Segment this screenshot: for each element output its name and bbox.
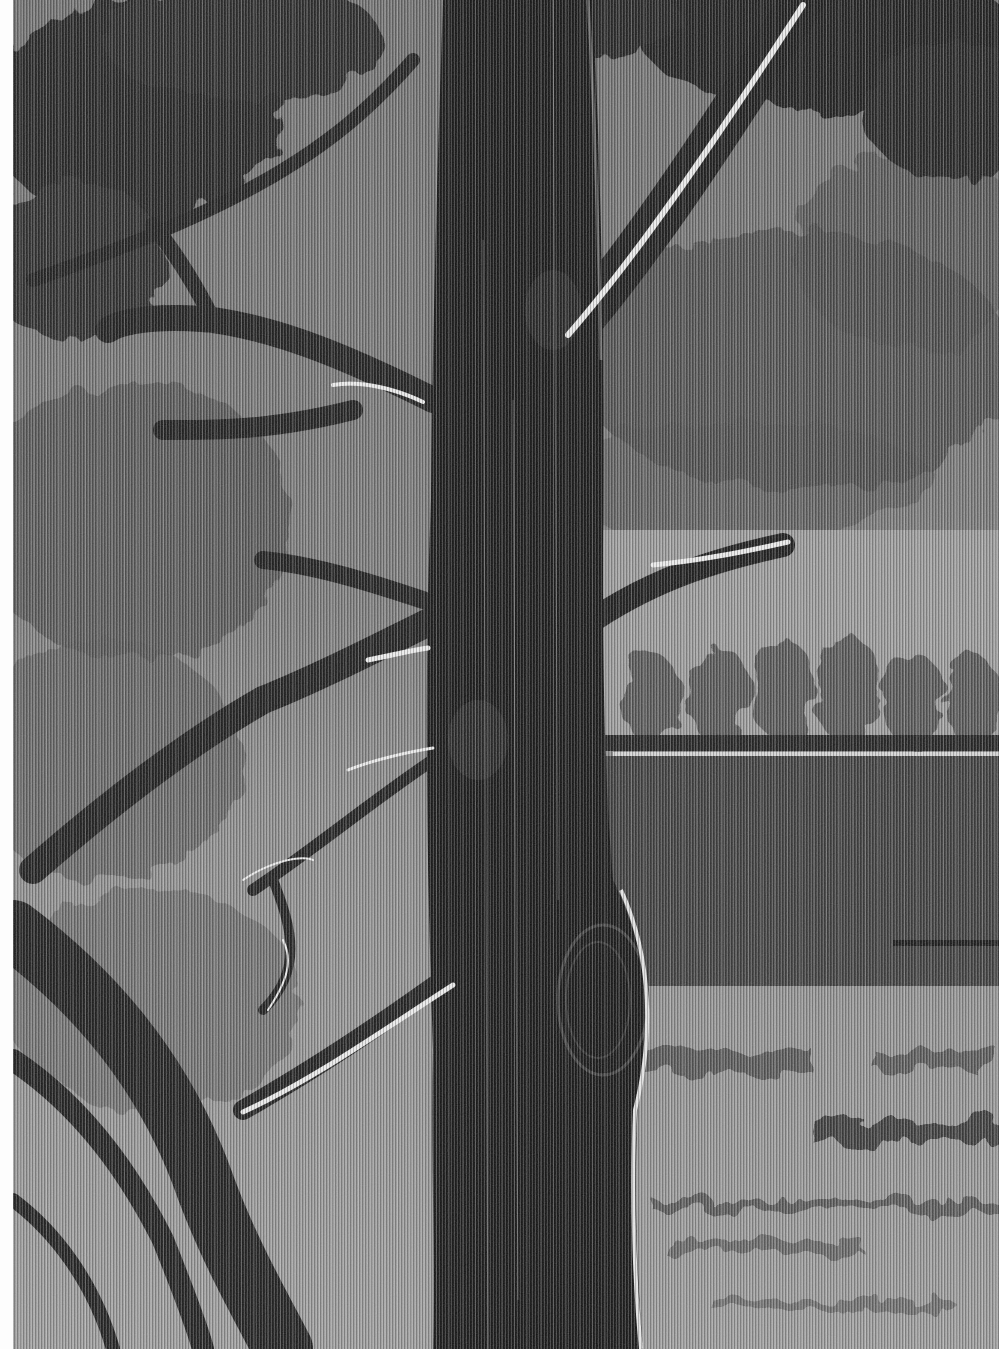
manga-panel xyxy=(13,0,999,1349)
ink-grain xyxy=(13,0,999,1349)
scene-illustration xyxy=(13,0,999,1349)
left-page-margin xyxy=(0,0,13,1349)
